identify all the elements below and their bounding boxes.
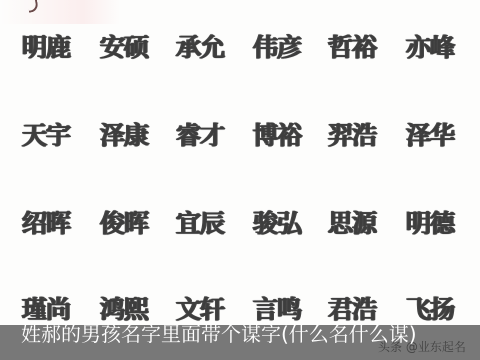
name-row-3: 绍晖 俊晖 宜辰 骏弘 思源 明德 — [0, 204, 480, 244]
name-item: 明德 — [400, 204, 460, 244]
name-row-1: 明鹿 安硕 承允 伟彦 哲裕 亦峰 — [0, 28, 480, 68]
name-item: 明鹿 — [16, 28, 76, 68]
name-item: 承允 — [170, 28, 230, 68]
name-grid: 明鹿 安硕 承允 伟彦 哲裕 亦峰 天宇 泽康 睿才 博裕 羿浩 泽华 绍晖 俊… — [0, 0, 480, 360]
name-item: 伟彦 — [247, 28, 307, 68]
name-item: 绍晖 — [16, 204, 76, 244]
name-item: 泽康 — [94, 116, 154, 156]
name-item: 博裕 — [247, 116, 307, 156]
name-item: 睿才 — [170, 116, 230, 156]
name-row-2: 天宇 泽康 睿才 博裕 羿浩 泽华 — [0, 116, 480, 156]
name-item: 泽华 — [400, 116, 460, 156]
name-item: 天宇 — [16, 116, 76, 156]
caption-title: 姓郝的男孩名字里面带个谋字(什么名什么谋) — [21, 322, 417, 346]
name-item: 亦峰 — [400, 28, 460, 68]
name-item: 宜辰 — [170, 204, 230, 244]
name-item: 安硕 — [94, 28, 154, 68]
name-item: 骏弘 — [247, 204, 307, 244]
name-item: 思源 — [322, 204, 382, 244]
name-item: 羿浩 — [322, 116, 382, 156]
name-item: 哲裕 — [322, 28, 382, 68]
name-item: 俊晖 — [94, 204, 154, 244]
